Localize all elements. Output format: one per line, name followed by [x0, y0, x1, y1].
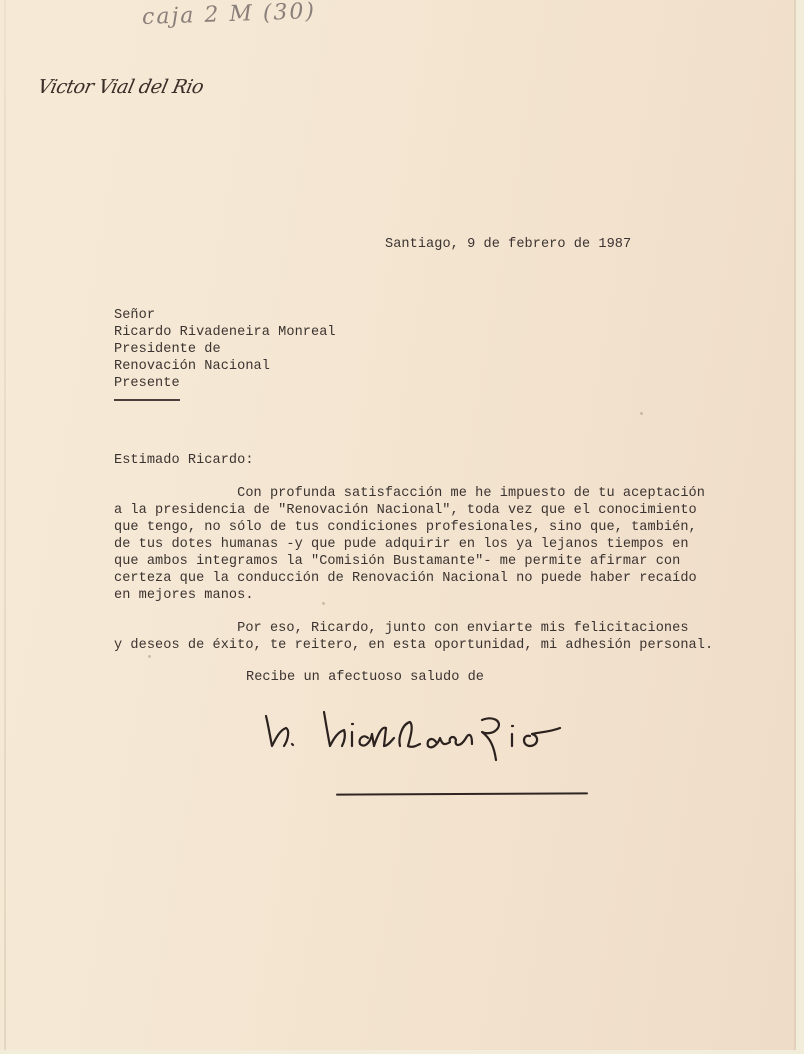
- body-line: Con profunda satisfacción me he impuesto…: [114, 485, 705, 502]
- body-line: que ambos integramos la "Comisión Bustam…: [114, 553, 680, 570]
- date-line: Santiago, 9 de febrero de 1987: [385, 236, 631, 253]
- scan-edge-right: [796, 0, 804, 1054]
- paper-speck: [322, 602, 325, 605]
- recipient-line: Señor: [114, 307, 155, 324]
- recipient-line: Renovación Nacional: [114, 358, 270, 375]
- closing-line: Recibe un afectuoso saludo de: [246, 669, 484, 686]
- recipient-line: Ricardo Rivadeneira Monreal: [114, 324, 336, 341]
- recipient-line: Presidente de: [114, 341, 221, 358]
- recipient-underline: [114, 399, 180, 401]
- body-line: de tus dotes humanas -y que pude adquiri…: [114, 536, 689, 553]
- archive-handwritten-note: caja 2 M (30): [142, 0, 317, 30]
- salutation: Estimado Ricardo:: [114, 452, 254, 469]
- body-line: y deseos de éxito, te reitero, en esta o…: [114, 637, 713, 654]
- body-line: a la presidencia de "Renovación Nacional…: [114, 502, 697, 519]
- signature-underline: [336, 792, 588, 795]
- body-line: certeza que la conducción de Renovación …: [114, 570, 697, 587]
- handwritten-signature: V. Vial del Rio: [260, 694, 620, 774]
- body-line: Por eso, Ricardo, junto con enviarte mis…: [114, 620, 689, 637]
- letter-page: caja 2 M (30) Victor Vial del Rio Santia…: [0, 0, 796, 1050]
- body-line: que tengo, no sólo de tus condiciones pr…: [114, 519, 697, 536]
- scan-edge-bottom: [0, 1050, 804, 1054]
- paper-speck: [148, 655, 151, 658]
- recipient-line: Presente: [114, 375, 180, 392]
- letterhead-name: Victor Vial del Rio: [36, 76, 206, 98]
- paper-speck: [640, 412, 643, 415]
- body-line: en mejores manos.: [114, 587, 254, 604]
